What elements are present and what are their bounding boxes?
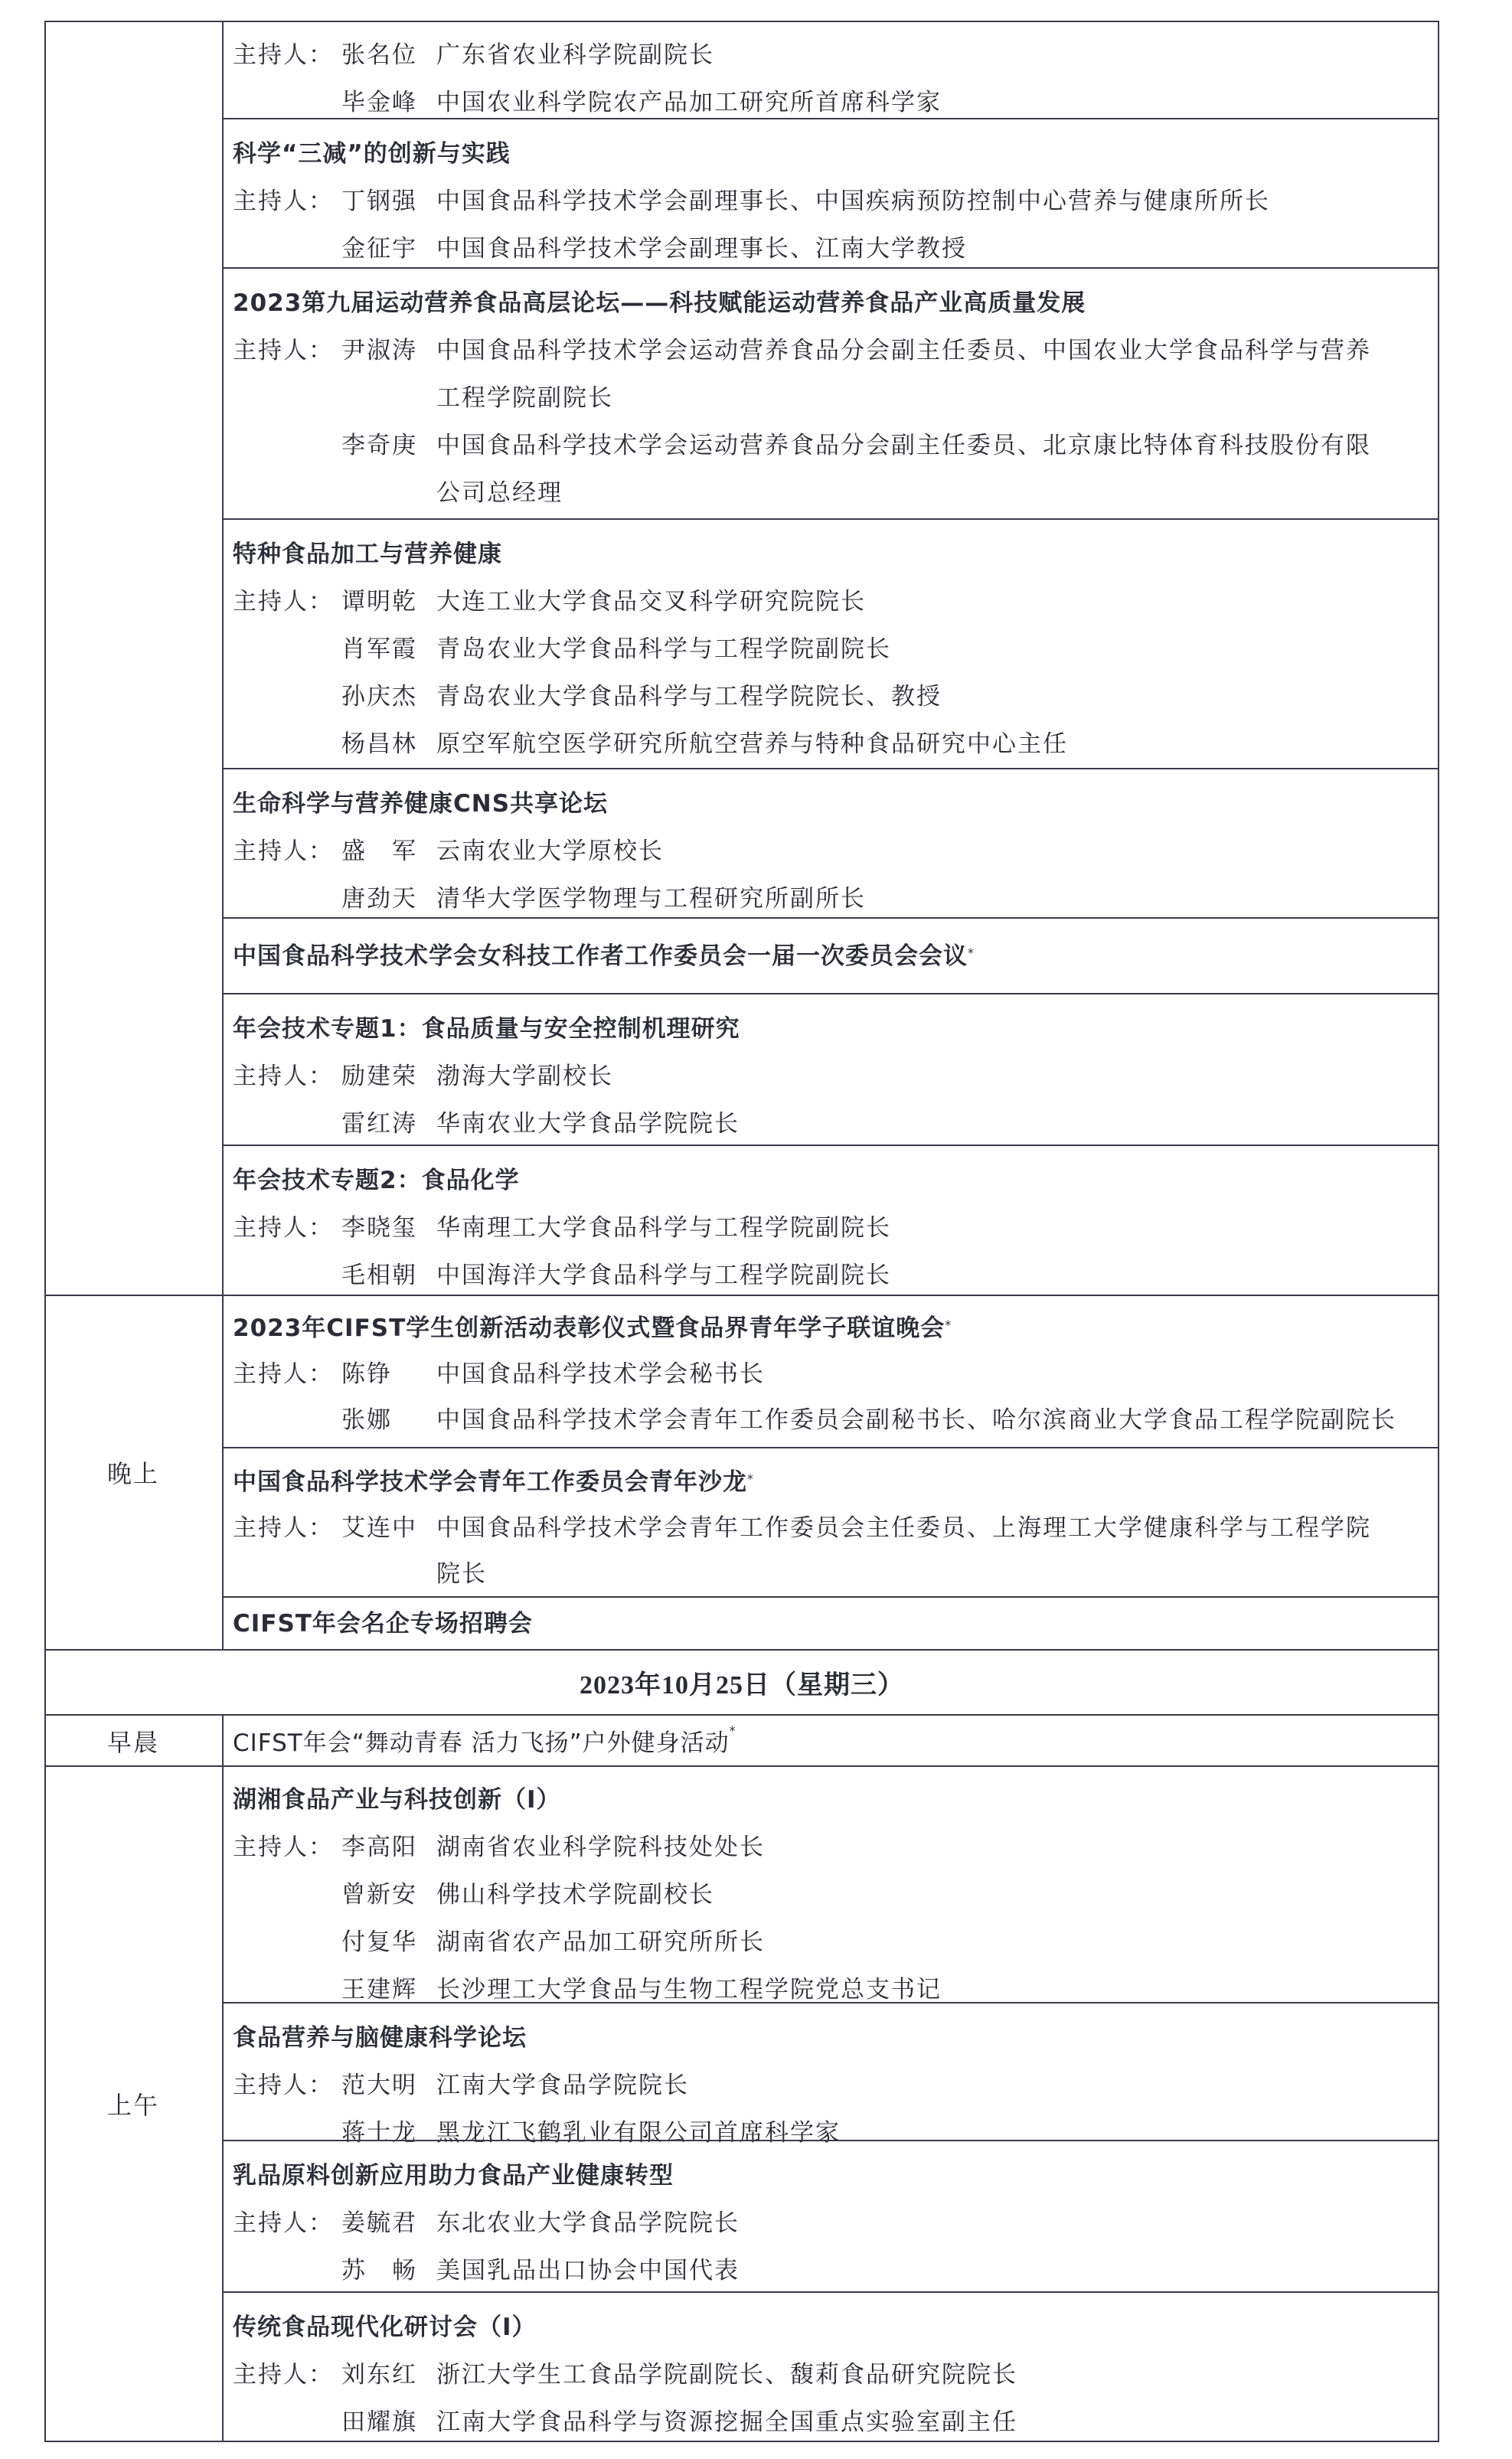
host-title: 美国乳品出口协会中国代表 (436, 2257, 740, 2284)
session-title: 中国食品科学技术学会女科技工作者工作委员会一届一次委员会会议* (233, 932, 975, 980)
host-name: 肖军霞 (341, 625, 426, 673)
session-title-text: 科学“三减”的创新与实践 (233, 140, 511, 168)
host-title: 清华大学医学物理与工程研究所副所长 (436, 885, 866, 913)
host-title: 中国食品科学技术学会副理事长、江南大学教授 (436, 235, 967, 263)
session-title-text: 年会技术专题2：食品化学 (233, 1167, 520, 1194)
session-title: CIFST年会名企专场招聘会 (233, 1601, 533, 1647)
host-line: 主持人：尹淑涛中国食品科学技术学会运动营养食品分会副主任委员、中国农业大学食品科… (233, 327, 1439, 374)
host-label: 主持人： (233, 2062, 341, 2109)
time-slot-label: 上午 (44, 1765, 224, 2442)
session-cell: 食品营养与脑健康科学论坛主持人：范大明江南大学食品学院院长蒋士龙黑龙江飞鹤乳业有… (224, 2002, 1439, 2140)
host-label: 主持人： (233, 2351, 341, 2399)
continued-block: 主持人：张名位广东省农业科学院副院长毕金峰中国农业科学院农产品加工研究所首席科学… (44, 21, 1439, 1295)
host-name: 陈铮 (341, 1351, 426, 1397)
section-divider (44, 1765, 1439, 1767)
session-title: 食品营养与脑健康科学论坛 (233, 2014, 1439, 2062)
host-title: 江南大学食品学院院长 (436, 2072, 689, 2099)
session-title: 特种食品加工与营养健康 (233, 531, 1439, 578)
host-label: 主持人： (233, 178, 341, 225)
host-name: 刘东红 (341, 2351, 426, 2399)
host-title: 大连工业大学食品交叉科学研究院院长 (436, 588, 866, 616)
host-line: 苏 畅美国乳品出口协会中国代表 (233, 2247, 1439, 2294)
session-cell: 科学“三减”的创新与实践主持人：丁钢强中国食品科学技术学会副理事长、中国疾病预防… (224, 118, 1439, 267)
session-title-text: 乳品原料创新应用助力食品产业健康转型 (233, 2162, 674, 2190)
date-heading-row: 2023年10月25日（星期三） (44, 1649, 1439, 1714)
session-title-text: 2023第九届运动营养食品高层论坛——科技赋能运动营养食品产业高质量发展 (233, 289, 1086, 317)
host-line: 主持人：励建荣渤海大学副校长 (233, 1053, 1439, 1100)
host-label: 主持人： (233, 1824, 341, 1871)
session-title: 科学“三减”的创新与实践 (233, 130, 1439, 178)
host-title: 湖南省农业科学院科技处处长 (436, 1834, 765, 1861)
host-line: 毛相朝中国海洋大学食品科学与工程学院副院长 (233, 1252, 1439, 1299)
host-name: 李晓玺 (341, 1204, 426, 1252)
host-title: 佛山科学技术学院副校长 (436, 1881, 714, 1909)
host-title-continued: 院长 (233, 1551, 1439, 1597)
host-name: 张娜 (341, 1397, 426, 1443)
host-title: 中国农业科学院农产品加工研究所首席科学家 (436, 89, 942, 116)
host-name: 范大明 (341, 2062, 426, 2109)
host-title: 中国食品科学技术学会运动营养食品分会副主任委员、中国农业大学食品科学与营养 (436, 337, 1371, 364)
session-cell: 2023年CIFST学生创新活动表彰仪式暨食品界青年学子联谊晚会*主持人：陈铮中… (224, 1295, 1439, 1447)
session-title: 湖湘食品产业与科技创新（I） (233, 1776, 1439, 1824)
host-name: 付复华 (341, 1919, 426, 1966)
host-label: 主持人： (233, 2199, 341, 2247)
session-title: CIFST年会“舞动青春 活力飞扬”户外健身活动* (233, 1723, 736, 1758)
host-name: 毛相朝 (341, 1252, 426, 1299)
host-line: 主持人：李晓玺华南理工大学食品科学与工程学院副院长 (233, 1204, 1439, 1252)
host-name: 艾连中 (341, 1505, 426, 1551)
early-morning-block: 早晨CIFST年会“舞动青春 活力飞扬”户外健身活动* (44, 1714, 1439, 1765)
host-line: 杨昌林原空军航空医学研究所航空营养与特种食品研究中心主任 (233, 720, 1439, 768)
session-title: 传统食品现代化研讨会（I） (233, 2304, 1439, 2351)
host-title: 长沙理工大学食品与生物工程学院党总支书记 (436, 1976, 942, 2003)
host-label: 主持人： (233, 828, 341, 875)
host-line: 雷红涛华南农业大学食品学院院长 (233, 1100, 1439, 1148)
session-cell: 湖湘食品产业与科技创新（I）主持人：李高阳湖南省农业科学院科技处处长曾新安佛山科… (224, 1765, 1439, 2002)
host-name: 李奇庚 (341, 422, 426, 469)
host-title: 华南理工大学食品科学与工程学院副院长 (436, 1214, 891, 1242)
session-title: 年会技术专题1：食品质量与安全控制机理研究 (233, 1005, 1439, 1053)
host-title: 湖南省农产品加工研究所所长 (436, 1928, 765, 1956)
host-name: 雷红涛 (341, 1100, 426, 1148)
host-label: 主持人： (233, 1053, 341, 1100)
host-title: 青岛农业大学食品科学与工程学院副院长 (436, 635, 891, 663)
host-name: 李高阳 (341, 1824, 426, 1871)
session-title: 2023第九届运动营养食品高层论坛——科技赋能运动营养食品产业高质量发展 (233, 279, 1439, 327)
session-cell: 中国食品科学技术学会青年工作委员会青年沙龙*主持人：艾连中中国食品科学技术学会青… (224, 1447, 1439, 1596)
host-label: 主持人： (233, 1505, 341, 1551)
host-label: 主持人： (233, 1351, 341, 1397)
host-title: 青岛农业大学食品科学与工程学院院长、教授 (436, 683, 942, 710)
host-line: 田耀旗江南大学食品科学与资源挖掘全国重点实验室副主任 (233, 2399, 1439, 2446)
host-name: 张名位 (341, 31, 426, 79)
session-title-text: CIFST年会名企专场招聘会 (233, 1610, 533, 1638)
session-title-text: 中国食品科学技术学会青年工作委员会青年沙龙 (233, 1468, 747, 1496)
session-title-text: 中国食品科学技术学会女科技工作者工作委员会一届一次委员会会议 (233, 942, 968, 970)
host-name: 谭明乾 (341, 578, 426, 625)
session-title: 年会技术专题2：食品化学 (233, 1157, 1439, 1204)
host-line: 曾新安佛山科学技术学院副校长 (233, 1871, 1439, 1919)
host-name: 励建荣 (341, 1053, 426, 1100)
host-line: 主持人：陈铮中国食品科学技术学会秘书长 (233, 1351, 1439, 1397)
session-title: 中国食品科学技术学会青年工作委员会青年沙龙* (233, 1459, 1439, 1505)
host-line: 孙庆杰青岛农业大学食品科学与工程学院院长、教授 (233, 673, 1439, 720)
session-cell: 2023第九届运动营养食品高层论坛——科技赋能运动营养食品产业高质量发展主持人：… (224, 267, 1439, 518)
footnote-asterisk: * (945, 1318, 952, 1332)
footnote-asterisk: * (747, 1471, 754, 1486)
host-line: 李奇庚中国食品科学技术学会运动营养食品分会副主任委员、北京康比特体育科技股份有限 (233, 422, 1439, 469)
host-name: 苏 畅 (341, 2247, 426, 2294)
host-title: 渤海大学副校长 (436, 1063, 613, 1090)
time-slot-label: 晚上 (44, 1295, 224, 1649)
host-name: 尹淑涛 (341, 327, 426, 374)
host-title-continued: 公司总经理 (233, 469, 1439, 517)
host-name: 盛 军 (341, 828, 426, 875)
host-line: 主持人：刘东红浙江大学生工食品学院副院长、馥莉食品研究院院长 (233, 2351, 1439, 2399)
host-line: 主持人：盛 军云南农业大学原校长 (233, 828, 1439, 875)
host-title: 中国食品科学技术学会运动营养食品分会副主任委员、北京康比特体育科技股份有限 (436, 432, 1371, 459)
host-label: 主持人： (233, 578, 341, 625)
evening-block: 晚上2023年CIFST学生创新活动表彰仪式暨食品界青年学子联谊晚会*主持人：陈… (44, 1295, 1439, 1649)
morning-block: 上午湖湘食品产业与科技创新（I）主持人：李高阳湖南省农业科学院科技处处长曾新安佛… (44, 1765, 1439, 2442)
host-label: 主持人： (233, 31, 341, 79)
session-cell: 年会技术专题2：食品化学主持人：李晓玺华南理工大学食品科学与工程学院副院长毛相朝… (224, 1145, 1439, 1295)
host-name: 丁钢强 (341, 178, 426, 225)
date-heading: 2023年10月25日（星期三） (580, 1664, 904, 1701)
host-line: 张娜中国食品科学技术学会青年工作委员会副秘书长、哈尔滨商业大学食品工程学院副院长 (233, 1397, 1439, 1443)
session-title-text: 湖湘食品产业与科技创新（I） (233, 1786, 561, 1814)
host-line: 肖军霞青岛农业大学食品科学与工程学院副院长 (233, 625, 1439, 673)
time-slot-label (44, 21, 224, 1295)
host-label: 主持人： (233, 327, 341, 374)
session-title-text: 传统食品现代化研讨会（I） (233, 2314, 537, 2341)
session-title-text: 特种食品加工与营养健康 (233, 540, 502, 568)
host-line: 主持人：李高阳湖南省农业科学院科技处处长 (233, 1824, 1439, 1871)
host-title: 华南农业大学食品学院院长 (436, 1110, 740, 1138)
host-line: 主持人：张名位广东省农业科学院副院长 (233, 31, 1439, 79)
schedule-page: 主持人：张名位广东省农业科学院副院长毕金峰中国农业科学院农产品加工研究所首席科学… (0, 0, 1512, 2459)
host-name: 孙庆杰 (341, 673, 426, 720)
host-line: 主持人：谭明乾大连工业大学食品交叉科学研究院院长 (233, 578, 1439, 625)
host-title: 中国食品科学技术学会副理事长、中国疾病预防控制中心营养与健康所所长 (436, 188, 1270, 215)
session-title-text: 2023年CIFST学生创新活动表彰仪式暨食品界青年学子联谊晚会 (233, 1314, 945, 1342)
session-cell: 中国食品科学技术学会女科技工作者工作委员会一届一次委员会会议* (224, 917, 1439, 993)
footnote-asterisk: * (968, 945, 975, 960)
footnote-asterisk: * (730, 1723, 736, 1738)
host-line: 主持人：艾连中中国食品科学技术学会青年工作委员会主任委员、上海理工大学健康科学与… (233, 1505, 1439, 1551)
session-cell: 传统食品现代化研讨会（I）主持人：刘东红浙江大学生工食品学院副院长、馥莉食品研究… (224, 2291, 1439, 2442)
host-line: 主持人：姜毓君东北农业大学食品学院院长 (233, 2199, 1439, 2247)
session-cell: 生命科学与营养健康CNS共享论坛主持人：盛 军云南农业大学原校长唐劲天清华大学医… (224, 768, 1439, 917)
host-title: 中国食品科学技术学会青年工作委员会副秘书长、哈尔滨商业大学食品工程学院副院长 (436, 1406, 1396, 1434)
session-title: 2023年CIFST学生创新活动表彰仪式暨食品界青年学子联谊晚会* (233, 1305, 1439, 1351)
host-label: 主持人： (233, 1204, 341, 1252)
host-title-continued: 工程学院副院长 (233, 374, 1439, 422)
host-title: 浙江大学生工食品学院副院长、馥莉食品研究院院长 (436, 2361, 1017, 2389)
host-title: 中国食品科学技术学会秘书长 (436, 1360, 765, 1388)
host-title: 中国食品科学技术学会青年工作委员会主任委员、上海理工大学健康科学与工程学院 (436, 1514, 1371, 1542)
host-name: 唐劲天 (341, 875, 426, 923)
host-line: 唐劲天清华大学医学物理与工程研究所副所长 (233, 875, 1439, 923)
session-cell: CIFST年会“舞动青春 活力飞扬”户外健身活动* (224, 1716, 1439, 1765)
session-title-text: 生命科学与营养健康CNS共享论坛 (233, 790, 608, 818)
session-title-text: 食品营养与脑健康科学论坛 (233, 2024, 527, 2052)
session-title-text: CIFST年会“舞动青春 活力飞扬”户外健身活动 (233, 1729, 730, 1757)
time-slot-label: 早晨 (44, 1716, 224, 1765)
host-name: 杨昌林 (341, 720, 426, 768)
session-cell: 主持人：张名位广东省农业科学院副院长毕金峰中国农业科学院农产品加工研究所首席科学… (224, 21, 1439, 118)
host-title: 江南大学食品科学与资源挖掘全国重点实验室副主任 (436, 2408, 1017, 2436)
host-line: 主持人：范大明江南大学食品学院院长 (233, 2062, 1439, 2109)
session-cell: CIFST年会名企专场招聘会 (224, 1596, 1439, 1649)
host-name: 姜毓君 (341, 2199, 426, 2247)
section-divider (44, 1295, 1439, 1296)
session-title: 生命科学与营养健康CNS共享论坛 (233, 780, 1439, 828)
session-title-text: 年会技术专题1：食品质量与安全控制机理研究 (233, 1015, 740, 1043)
session-title: 乳品原料创新应用助力食品产业健康转型 (233, 2152, 1439, 2199)
host-line: 主持人：丁钢强中国食品科学技术学会副理事长、中国疾病预防控制中心营养与健康所所长 (233, 178, 1439, 225)
session-cell: 乳品原料创新应用助力食品产业健康转型主持人：姜毓君东北农业大学食品学院院长苏 畅… (224, 2140, 1439, 2291)
session-cell: 特种食品加工与营养健康主持人：谭明乾大连工业大学食品交叉科学研究院院长肖军霞青岛… (224, 518, 1439, 768)
host-name: 田耀旗 (341, 2399, 426, 2446)
host-name: 金征宇 (341, 225, 426, 273)
session-cell: 年会技术专题1：食品质量与安全控制机理研究主持人：励建荣渤海大学副校长雷红涛华南… (224, 993, 1439, 1145)
host-title: 东北农业大学食品学院院长 (436, 2209, 740, 2237)
host-title: 中国海洋大学食品科学与工程学院副院长 (436, 1262, 891, 1289)
host-name: 曾新安 (341, 1871, 426, 1919)
host-line: 金征宇中国食品科学技术学会副理事长、江南大学教授 (233, 225, 1439, 273)
host-line: 付复华湖南省农产品加工研究所所长 (233, 1919, 1439, 1966)
host-title: 原空军航空医学研究所航空营养与特种食品研究中心主任 (436, 730, 1068, 758)
host-title: 广东省农业科学院副院长 (436, 41, 714, 69)
host-title: 云南农业大学原校长 (436, 838, 664, 865)
